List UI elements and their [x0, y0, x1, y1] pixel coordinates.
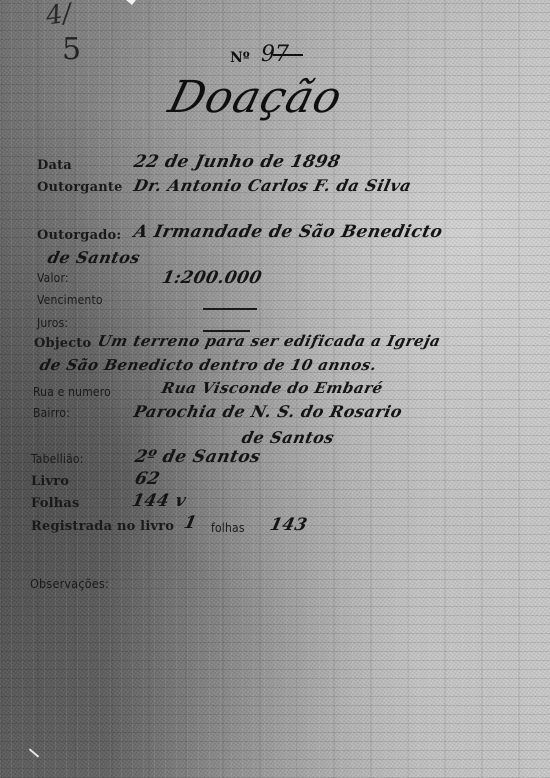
- label-rua-numero: Rua e numero: [33, 385, 111, 399]
- label-bairro: Bairro:: [33, 406, 70, 420]
- value-tabelliao: 2º de Santos: [133, 447, 263, 467]
- label-valor: Valor:: [37, 271, 69, 285]
- value-registrada-livro: 1: [182, 513, 199, 533]
- value-outorgado-line1: A Irmandade de São Benedicto: [132, 222, 445, 242]
- value-objecto-line1: Um terreno para ser edificada a Igreja: [96, 332, 442, 350]
- value-data: 22 de Junho de 1898: [132, 152, 342, 172]
- label-livro: Livro: [31, 474, 69, 489]
- corner-annotation-top: 4/: [44, 0, 73, 32]
- value-outorgado-line2: de Santos: [46, 248, 142, 267]
- value-outorgante: Dr. Antonio Carlos F. da Silva: [132, 176, 413, 195]
- value-vencimento-blank: [203, 308, 257, 310]
- value-rua-numero: Rua Visconde do Embaré: [160, 379, 385, 397]
- value-objecto-line2: de São Benedicto dentro de 10 annos.: [38, 356, 379, 374]
- label-tabelliao: Tabellião:: [31, 452, 84, 466]
- label-juros: Juros:: [37, 316, 68, 330]
- paper-tear: [126, 0, 136, 5]
- record-number-prefix: Nº: [230, 50, 250, 66]
- value-registrada-folhas: 143: [268, 515, 309, 535]
- record-number: 97: [261, 42, 289, 67]
- label-outorgante: Outorgante: [37, 180, 123, 195]
- label-observacoes: Observações:: [30, 576, 109, 591]
- scanned-document-page: 4/ 5 Nº 97 Doação Data 22 de Junho de 18…: [0, 0, 550, 778]
- label-data: Data: [37, 158, 72, 173]
- value-bairro-line2: de Santos: [240, 428, 336, 447]
- label-objecto: Objecto: [34, 336, 91, 351]
- value-folhas: 144 v: [130, 491, 188, 511]
- value-valor: 1:200.000: [160, 268, 264, 288]
- paper-scratch: [29, 748, 39, 757]
- label-registrada-folhas: folhas: [211, 521, 245, 535]
- label-outorgado: Outorgado:: [37, 228, 121, 243]
- value-livro: 62: [133, 469, 162, 489]
- document-title: Doação: [164, 72, 348, 123]
- value-bairro-line1: Parochia de N. S. do Rosario: [132, 402, 404, 421]
- corner-annotation-bottom: 5: [62, 32, 81, 67]
- label-vencimento: Vencimento: [37, 293, 103, 307]
- label-folhas: Folhas: [31, 496, 80, 511]
- label-registrada-livro: Registrada no livro: [31, 519, 174, 534]
